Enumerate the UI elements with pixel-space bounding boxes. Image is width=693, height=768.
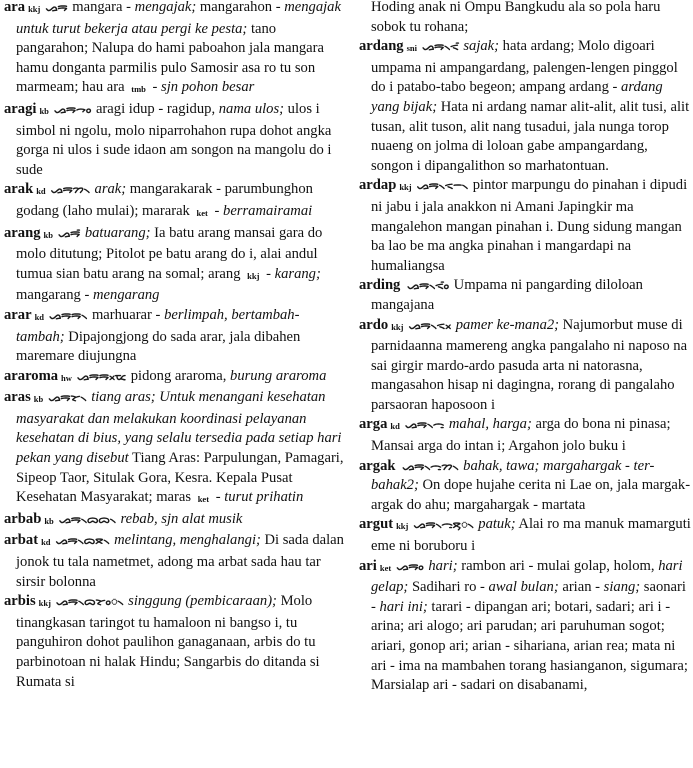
dictionary-entry: aragikbᯀᯒᯎᯪaragi idup - ragidup, nama ul… (4, 100, 344, 180)
headword: arbat (4, 532, 38, 548)
batak-script-glyph: ᯀᯒᯎᯪ (54, 103, 91, 116)
batak-script-glyph: ᯀᯒᯒ᯲ (49, 309, 87, 322)
headword: ardang (359, 38, 404, 54)
definition-italic: pamer ke-mana2; (456, 317, 559, 333)
dictionary-entry: araromahwᯀᯒᯒᯬᯔpidong araroma, burung ara… (4, 367, 344, 389)
word-class-tag: kkj (396, 521, 408, 531)
definition-italic: siang; (604, 579, 640, 595)
headword: arang (4, 225, 40, 241)
headword: ardap (359, 177, 396, 193)
definition-italic: nama ulos; (219, 101, 284, 117)
word-class-tag: tmb (131, 84, 146, 94)
batak-script-glyph: ᯀᯒ᯲ᯑᯬ (408, 319, 450, 332)
batak-script-glyph: ᯀᯒᯪ (396, 560, 423, 573)
headword: aras (4, 389, 31, 405)
dictionary-entry: argutkkjᯀᯒ᯲ᯏᯖᯮ᯲patuk; Alai ro ma manuk m… (359, 515, 693, 556)
batak-script-glyph: ᯀᯒ (45, 1, 67, 14)
word-class-tag: sni (407, 43, 417, 53)
batak-script-glyph: ᯀᯒ᯲ᯑᯰ (422, 40, 458, 53)
dictionary-entry: arding ᯀᯒ᯲ᯑᯪᯰUmpama ni pangarding dilolo… (359, 276, 693, 315)
headword: arbab (4, 511, 41, 527)
word-class-tag: kd (36, 186, 45, 196)
definition-italic: singgung (pembicaraan); (128, 593, 277, 609)
headword: araroma (4, 368, 58, 384)
word-class-tag: kkj (39, 598, 51, 608)
batak-script-glyph: ᯀᯒ᯲ᯏ (405, 418, 444, 431)
word-class-tag: kd (390, 421, 399, 431)
word-class-tag: kb (34, 394, 43, 404)
definition-italic: mahal, harga; (449, 416, 532, 432)
definition-text: - (149, 79, 161, 95)
word-class-tag: ket (380, 563, 391, 573)
batak-script-glyph: ᯀᯒᯘ᯲ (48, 391, 86, 404)
definition-text: pidong araroma, (131, 368, 230, 384)
dictionary-entry: argak ᯀᯒ᯲ᯏᯂ᯲bahak, tawa; margahargak - t… (359, 457, 693, 516)
dictionary-entry: ardapkkjᯀᯒ᯲ᯑᯇ᯲pintor marpungu do pinahan… (359, 176, 693, 276)
word-class-tag: ket (198, 494, 209, 504)
headword: arding (359, 277, 400, 293)
definition-italic: arak; (95, 181, 127, 197)
dictionary-entry: ardokkjᯀᯒ᯲ᯑᯬpamer ke-mana2; Najumorbut m… (359, 316, 693, 416)
definition-text: mangarang - (16, 287, 93, 303)
batak-script-glyph: ᯀᯒ᯲ᯅᯘᯪ᯲ (56, 595, 123, 608)
definition-italic: hari ini; (380, 599, 428, 615)
dictionary-entry: arbabkbᯀᯒ᯲ᯅᯅ᯲rebab, sjn alat musik (4, 510, 344, 532)
definition-italic: karang; (275, 266, 321, 282)
dictionary-entry: ararkdᯀᯒᯒ᯲marhuarar - berlimpah, bertamb… (4, 306, 344, 367)
batak-script-glyph: ᯀᯒ᯲ᯅᯖ᯲ (56, 534, 110, 547)
left-column: arakkjᯀᯒmangara - mengajak; mangarahon -… (4, 0, 344, 692)
word-class-tag: kkj (391, 322, 403, 332)
headword: argak (359, 458, 395, 474)
continuation-text: Hoding anak ni Ompu Bangkudu ala so pola… (359, 0, 693, 37)
word-class-tag: kd (41, 537, 50, 547)
definition-italic: burung araroma (230, 368, 326, 384)
dictionary-entry: arbatkdᯀᯒ᯲ᯅᯖ᯲melintang, menghalangi; Di … (4, 531, 344, 592)
word-class-tag: kkj (247, 271, 259, 281)
dictionary-entry: arbiskkjᯀᯒ᯲ᯅᯘᯪ᯲singgung (pembicaraan); M… (4, 592, 344, 692)
definition-text: rambon ari - mulai golap, holom, (458, 558, 659, 574)
definition-text: On dope hujahe cerita ni Lae on, jala ma… (371, 477, 690, 513)
headword: arar (4, 307, 32, 323)
word-class-tag: kb (39, 106, 48, 116)
dictionary-entry: arakkjᯀᯒmangara - mengajak; mangarahon -… (4, 0, 344, 100)
definition-italic: rebab, sjn alat musik (121, 511, 243, 527)
definition-italic: turut prihatin (224, 489, 303, 505)
batak-script-glyph: ᯀᯒᯒᯬᯔ (77, 370, 126, 383)
definition-text: Sadihari ro - (408, 579, 488, 595)
right-column: Hoding anak ni Ompu Bangkudu ala so pola… (359, 0, 693, 696)
definition-text: mangara - (72, 0, 134, 15)
definition-text: - (212, 489, 224, 505)
definition-text: arian - (559, 579, 604, 595)
definition-italic: mengajak; (135, 0, 197, 15)
definition-text: - (262, 266, 274, 282)
headword: arga (359, 416, 387, 432)
definition-italic: batuarang; (85, 225, 151, 241)
definition-italic: hari; (428, 558, 457, 574)
dictionary-entry: ardangsniᯀᯒ᯲ᯑᯰsajak; hata ardang; Molo d… (359, 37, 693, 176)
batak-script-glyph: ᯀᯒᯰ (58, 227, 80, 240)
batak-script-glyph: ᯀᯒ᯲ᯏᯂ᯲ (402, 460, 458, 473)
definition-italic: awal bulan; (489, 579, 559, 595)
word-class-tag: hw (61, 373, 72, 383)
word-class-tag: kb (44, 516, 53, 526)
definition-italic: sajak; (463, 38, 499, 54)
headword: ara (4, 0, 25, 15)
headword: argut (359, 516, 393, 532)
word-class-tag: kd (35, 312, 44, 322)
word-class-tag: kkj (399, 182, 411, 192)
dictionary-entry: ariketᯀᯒᯪhari; rambon ari - mulai golap,… (359, 557, 693, 696)
definition-text: marhuarar - (92, 307, 164, 323)
definition-italic: patuk; (478, 516, 515, 532)
definition-text: mangarahon - (196, 0, 284, 15)
definition-text: - (211, 203, 223, 219)
dictionary-entry: argakdᯀᯒ᯲ᯏmahal, harga; arga do bona ni … (359, 415, 693, 456)
word-class-tag: kkj (28, 4, 40, 14)
definition-italic: berramairamai (223, 203, 312, 219)
dictionary-entry: araskbᯀᯒᯘ᯲tiang aras; Untuk menangani ke… (4, 388, 344, 510)
definition-italic: melintang, menghalangi; (114, 532, 261, 548)
headword: arbis (4, 593, 36, 609)
dictionary-page: arakkjᯀᯒmangara - mengajak; mangarahon -… (0, 0, 693, 768)
definition-text: aragi idup - ragidup, (96, 101, 219, 117)
batak-script-glyph: ᯀᯒ᯲ᯏᯖᯮ᯲ (413, 518, 473, 531)
headword: aragi (4, 101, 36, 117)
batak-script-glyph: ᯀᯒᯂ᯲ (51, 183, 90, 196)
word-class-tag: kb (43, 230, 52, 240)
headword: ari (359, 558, 377, 574)
headword: arak (4, 181, 33, 197)
headword: ardo (359, 317, 388, 333)
batak-script-glyph: ᯀᯒ᯲ᯅᯅ᯲ (59, 513, 116, 526)
word-class-tag: ket (197, 208, 208, 218)
definition-italic: sjn pohon besar (161, 79, 254, 95)
batak-script-glyph: ᯀᯒ᯲ᯑᯪᯰ (407, 279, 449, 292)
batak-script-glyph: ᯀᯒ᯲ᯑᯇ᯲ (417, 179, 468, 192)
definition-italic: mengarang (93, 287, 159, 303)
dictionary-entry: arangkbᯀᯒᯰbatuarang; Ia batu arang mansa… (4, 224, 344, 306)
dictionary-entry: arakkdᯀᯒᯂ᯲arak; mangarakarak - parumbung… (4, 180, 344, 223)
